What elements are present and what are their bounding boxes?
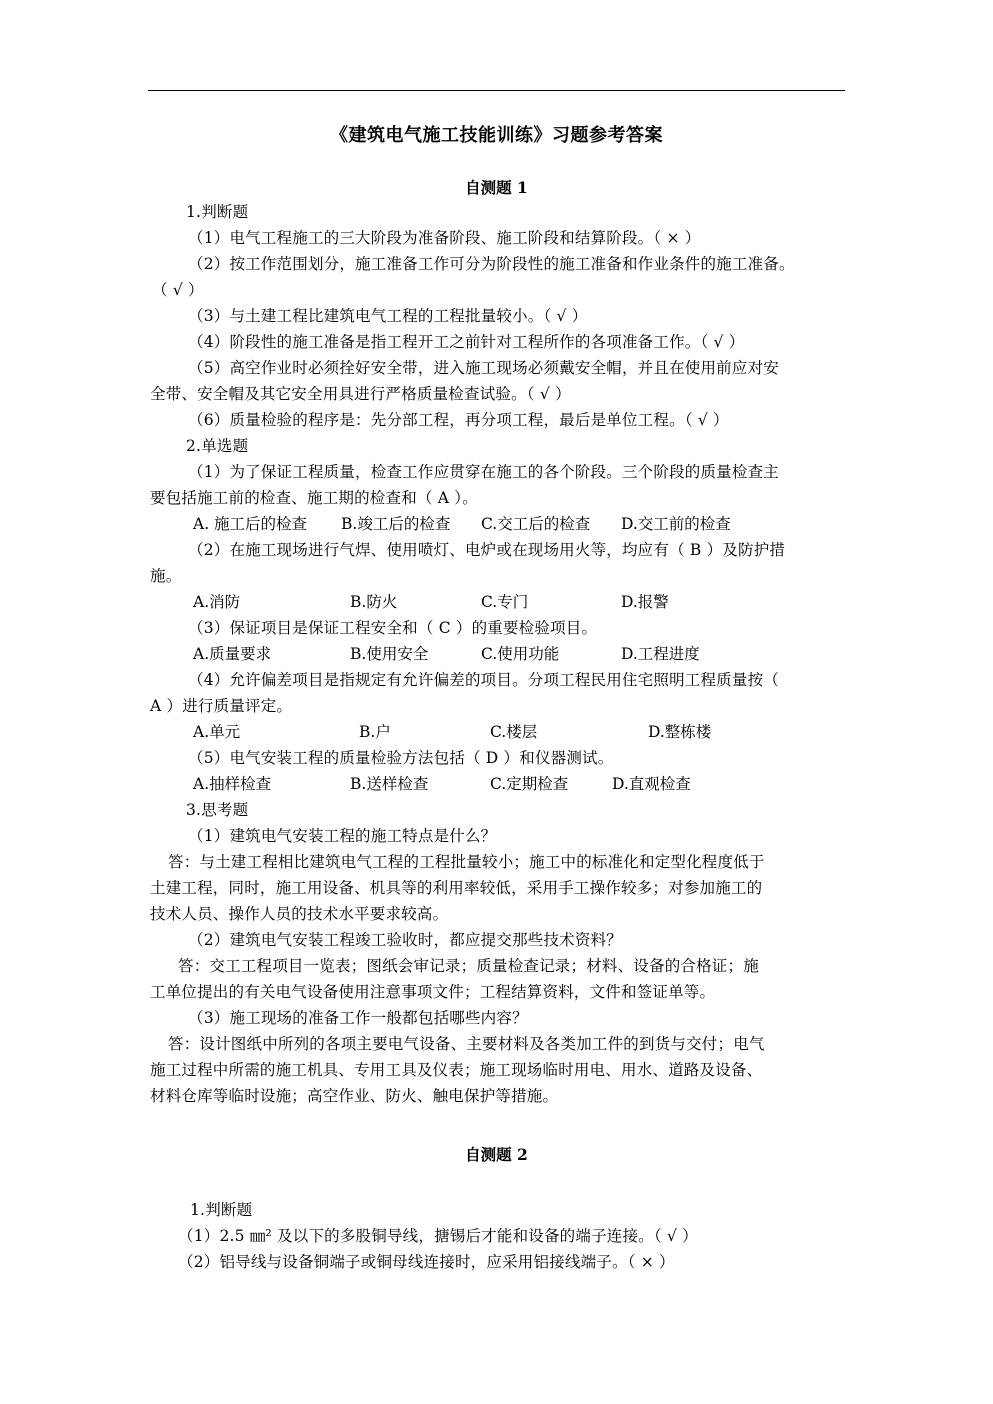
judgment-item: （1）2.5 ㎜² 及以下的多股铜导线，搪锡后才能和设备的端子连接。（ √ ）: [178, 1226, 698, 1246]
section-heading-1: 自测题 1: [0, 176, 993, 198]
judgment-item-answer: （ √ ）: [152, 280, 204, 300]
judgment-item: （2）铝导线与设备铜端子或铜母线连接时，应采用铝接线端子。（ × ）: [178, 1252, 675, 1272]
judgment-item: 全带、安全帽及其它安全用具进行严格质量检查试验。（ √ ）: [150, 384, 571, 404]
answer-text: 土建工程，同时，施工用设备、机具等的利用率较低，采用手工操作较多；对参加施工的: [150, 878, 762, 898]
option-c: C.楼层: [490, 722, 537, 742]
option-a: A.抽样检查: [193, 774, 271, 794]
option-b: B.竣工后的检查: [341, 514, 450, 534]
answer-text: 材料仓库等临时设施；高空作业、防火、触电保护等措施。: [150, 1086, 558, 1106]
question-text: 要包括施工前的检查、施工期的检查和（ A ）。: [150, 488, 478, 508]
judgment-label: 1.判断题: [190, 1200, 252, 1220]
answer-text: 技术人员、操作人员的技术水平要求较高。: [150, 904, 448, 924]
header-rule: [148, 90, 845, 91]
option-d: D.交工前的检查: [621, 514, 731, 534]
option-b: B.户: [359, 722, 391, 742]
judgment-label: 1.判断题: [186, 202, 248, 222]
option-c: C.交工后的检查: [481, 514, 590, 534]
judgment-item: （1）电气工程施工的三大阶段为准备阶段、施工阶段和结算阶段。（ × ）: [188, 228, 700, 248]
question-text: A ）进行质量评定。: [150, 696, 292, 716]
option-c: C.定期检查: [490, 774, 568, 794]
answer-text: 答：交工工程项目一览表；图纸会审记录；质量检查记录；材料、设备的合格证；施: [178, 956, 759, 976]
judgment-item: （5）高空作业时必须拴好安全带，进入施工现场必须戴安全帽，并且在使用前应对安: [188, 358, 779, 378]
option-a: A.消防: [193, 592, 240, 612]
option-a: A.质量要求: [193, 644, 271, 664]
answer-text: 工单位提出的有关电气设备使用注意事项文件；工程结算资料，文件和签证单等。: [150, 982, 715, 1002]
single-choice-label: 2.单选题: [186, 436, 248, 456]
option-d: D.工程进度: [621, 644, 700, 664]
answer-text: 答：与土建工程相比建筑电气工程的工程批量较小；施工中的标准化和定型化程度低于: [168, 852, 765, 872]
question-text: （2）建筑电气安装工程竣工验收时，都应提交那些技术资料？: [188, 930, 622, 950]
question-text: （4）允许偏差项目是指规定有允许偏差的项目。分项工程民用住宅照明工程质量按（: [188, 670, 779, 690]
option-d: D.整栋楼: [648, 722, 711, 742]
option-b: B.使用安全: [350, 644, 428, 664]
option-c: C.专门: [481, 592, 528, 612]
question-text: （2）在施工现场进行气焊、使用喷灯、电炉或在现场用火等，均应有（ B ）及防护措: [188, 540, 785, 560]
thinking-label: 3.思考题: [186, 800, 248, 820]
option-a: A. 施工后的检查: [193, 514, 307, 534]
option-a: A.单元: [193, 722, 240, 742]
judgment-item: （2）按工作范围划分，施工准备工作可分为阶段性的施工准备和作业条件的施工准备。: [188, 254, 795, 274]
judgment-item: （4）阶段性的施工准备是指工程开工之前针对工程所作的各项准备工作。（ √ ）: [188, 332, 744, 352]
option-b: B.送样检查: [350, 774, 428, 794]
section-heading-2: 自测题 2: [0, 1143, 993, 1165]
question-text: （1）建筑电气安装工程的施工特点是什么？: [188, 826, 496, 846]
question-text: （3）保证项目是保证工程安全和（ C ）的重要检验项目。: [188, 618, 597, 638]
document-title: 《建筑电气施工技能训练》习题参考答案: [0, 121, 993, 147]
question-text: 施。: [150, 566, 181, 586]
question-text: （5）电气安装工程的质量检验方法包括（ D ）和仪器测试。: [188, 748, 613, 768]
answer-text: 施工过程中所需的施工机具、专用工具及仪表；施工现场临时用电、用水、道路及设备、: [150, 1060, 762, 1080]
option-b: B.防火: [350, 592, 397, 612]
option-c: C.使用功能: [481, 644, 559, 664]
judgment-item: （3）与土建工程比建筑电气工程的工程批量较小。（ √ ）: [188, 306, 587, 326]
judgment-item: （6）质量检验的程序是：先分部工程，再分项工程，最后是单位工程。（ √ ）: [188, 410, 729, 430]
option-d: D.直观检查: [612, 774, 691, 794]
option-d: D.报警: [621, 592, 669, 612]
question-text: （3）施工现场的准备工作一般都包括哪些内容？: [188, 1008, 528, 1028]
answer-text: 答：设计图纸中所列的各项主要电气设备、主要材料及各类加工件的到货与交付；电气: [168, 1034, 765, 1054]
question-text: （1）为了保证工程质量，检查工作应贯穿在施工的各个阶段。三个阶段的质量检查主: [188, 462, 779, 482]
